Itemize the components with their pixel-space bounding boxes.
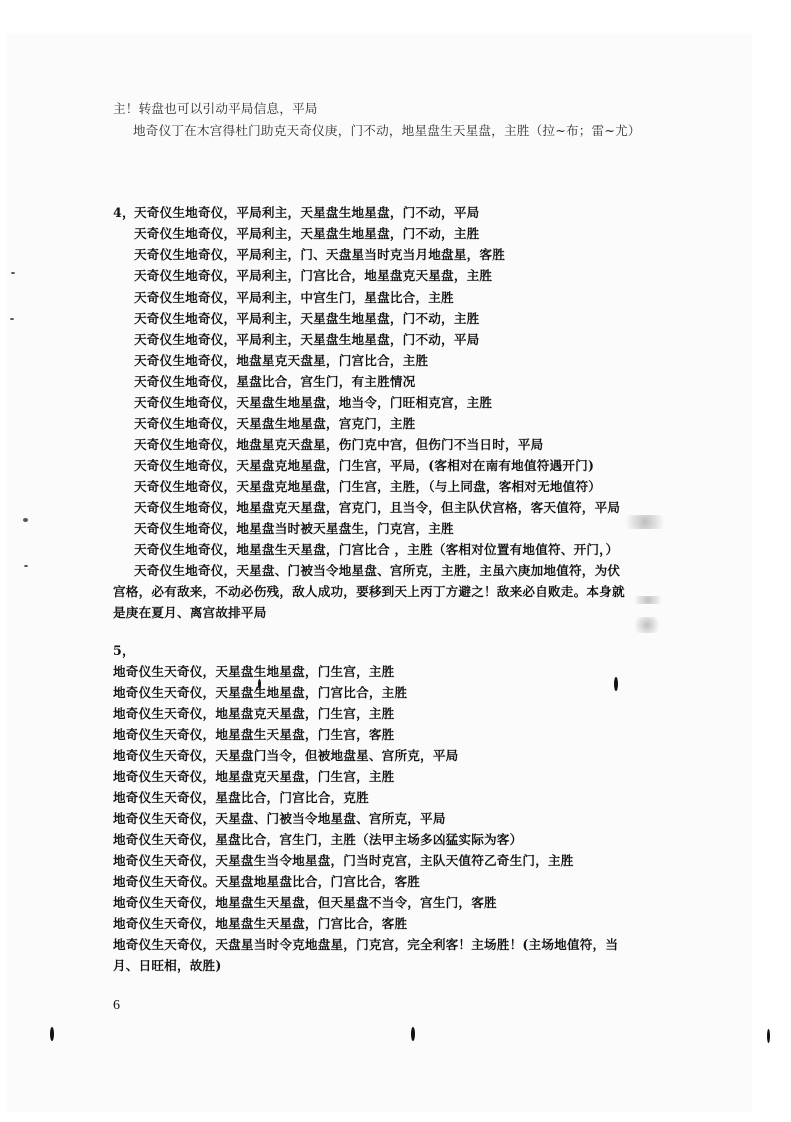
intro-line: 地奇仪丁在木宫得杜门助克天奇仪庚，门不动，地星盘生天星盘，主胜（拉~布；雷~尤）: [133, 123, 641, 139]
paragraph-line: 是庚在夏月、离宫故排平局: [113, 605, 267, 621]
scan-speck-icon: [11, 272, 15, 274]
scan-mark-icon: [258, 679, 261, 689]
list-item: 天奇仪生地奇仪，星盘比合，宫生门，有主胜情况: [134, 374, 415, 390]
scan-speck-icon: [23, 518, 28, 522]
list-item: 天奇仪生地奇仪，地星盘当时被天星盘生，门克宫，主胜: [134, 521, 454, 537]
list-item: 天奇仪生地奇仪，天星盘克地星盘，门生宫，平局，(客相对在南有地值符遇开门): [134, 458, 594, 474]
list-item: 地奇仪生天奇仪，星盘比合，宫生门，主胜（法甲主场多凶猛实际为客）: [113, 832, 522, 848]
scan-noise: [632, 617, 662, 633]
paragraph-line: 天奇仪生地奇仪，天星盘、门被当令地星盘、宫所克，主胜，主虽六庚加地值符，为伏: [134, 563, 620, 579]
list-item: 地奇仪生天奇仪，地星盘生天星盘，门生宫，客胜: [113, 727, 394, 743]
list-item: 地奇仪生天奇仪，天星盘、门被当令地星盘、宫所克，平局: [113, 811, 446, 827]
list-item: 地奇仪生天奇仪。天星盘地星盘比合，门宫比合，客胜: [113, 874, 420, 890]
list-item: 天奇仪生地奇仪，平局利主，天星盘生地星盘，门不动，平局: [134, 205, 479, 221]
list-item: 地奇仪生天奇仪，天星盘门当令，但被地盘星、宫所克，平局: [113, 748, 458, 764]
scan-noise: [620, 515, 670, 529]
list-item: 天奇仪生地奇仪，平局利主，中宫生门，星盘比合，主胜: [134, 290, 454, 306]
paragraph-line: 宫格，必有敌来，不动必伤残，敌人成功，要移到天上丙丁方避之！敌来必自败走。本身就: [113, 584, 625, 600]
list-item: 天奇仪生地奇仪，地星盘克天星盘，宫克门，且当令，但主队伏宫格，客天值符，平局: [134, 500, 620, 516]
page-number: 6: [113, 998, 120, 1014]
list-item: 天奇仪生地奇仪，地盘星克天盘星，伤门克中宫，但伤门不当日时，平局: [134, 437, 543, 453]
list-item: 地奇仪生天奇仪，星盘比合，门宫比合，克胜: [113, 790, 369, 806]
scan-speck-icon: [10, 318, 14, 320]
list-item: 地奇仪生天奇仪，天盘星当时令克地盘星，门克宫，完全利客！主场胜！(主场地值符，当: [113, 937, 618, 953]
scan-noise: [630, 596, 666, 604]
scan-speck-icon: [24, 565, 28, 567]
scan-mark-icon: [767, 1029, 770, 1043]
list-item: 天奇仪生地奇仪，地星盘生天星盘，门宫比合 ，主胜（客相对位置有地值符、开门，）: [134, 542, 618, 558]
list-item: 月、日旺相，故胜): [113, 958, 222, 974]
list-item: 天奇仪生地奇仪，平局利主，天星盘生地星盘，门不动，主胜: [134, 226, 479, 242]
list-item: 地奇仪生天奇仪，地星盘克天星盘，门生宫，主胜: [113, 706, 394, 722]
list-item: 地奇仪生天奇仪，地星盘生天星盘，但天星盘不当令，宫生门，客胜: [113, 895, 497, 911]
list-item: 天奇仪生地奇仪，平局利主，门、天盘星当时克当月地盘星，客胜: [134, 247, 505, 263]
scan-mark-icon: [614, 677, 618, 691]
list-item: 天奇仪生地奇仪，地盘星克天盘星，门宫比合，主胜: [134, 353, 428, 369]
list-item: 天奇仪生地奇仪，平局利主，天星盘生地星盘，门不动，主胜: [134, 311, 479, 327]
section-number: 4，: [113, 205, 135, 221]
list-item: 地奇仪生天奇仪，地星盘生天星盘，门宫比合，客胜: [113, 916, 407, 932]
list-item: 地奇仪生天奇仪，天星盘生当令地星盘，门当时克宫，主队天值符乙奇生门，主胜: [113, 853, 574, 869]
list-item: 地奇仪生天奇仪，天星盘生地星盘，门生宫，主胜: [113, 664, 394, 680]
list-item: 天奇仪生地奇仪，天星盘生地星盘，宫克门，主胜: [134, 416, 415, 432]
scan-mark-icon: [411, 1027, 415, 1041]
list-item: 天奇仪生地奇仪，天星盘克地星盘，门生宫，主胜，（与上同盘，客相对无地值符）: [134, 479, 601, 495]
list-item: 地奇仪生天奇仪，地星盘克天星盘，门生宫，主胜: [113, 769, 394, 785]
intro-line: 主！转盘也可以引动平局信息，平局: [113, 101, 318, 117]
scan-mark-icon: [50, 1027, 54, 1041]
list-item: 天奇仪生地奇仪，平局利主，门宫比合，地星盘克天星盘，主胜: [134, 268, 492, 284]
list-item: 天奇仪生地奇仪，天星盘生地星盘，地当令，门旺相克宫，主胜: [134, 395, 492, 411]
section-number: 5，: [113, 643, 135, 659]
list-item: 天奇仪生地奇仪，平局利主，天星盘生地星盘，门不动，平局: [134, 332, 479, 348]
